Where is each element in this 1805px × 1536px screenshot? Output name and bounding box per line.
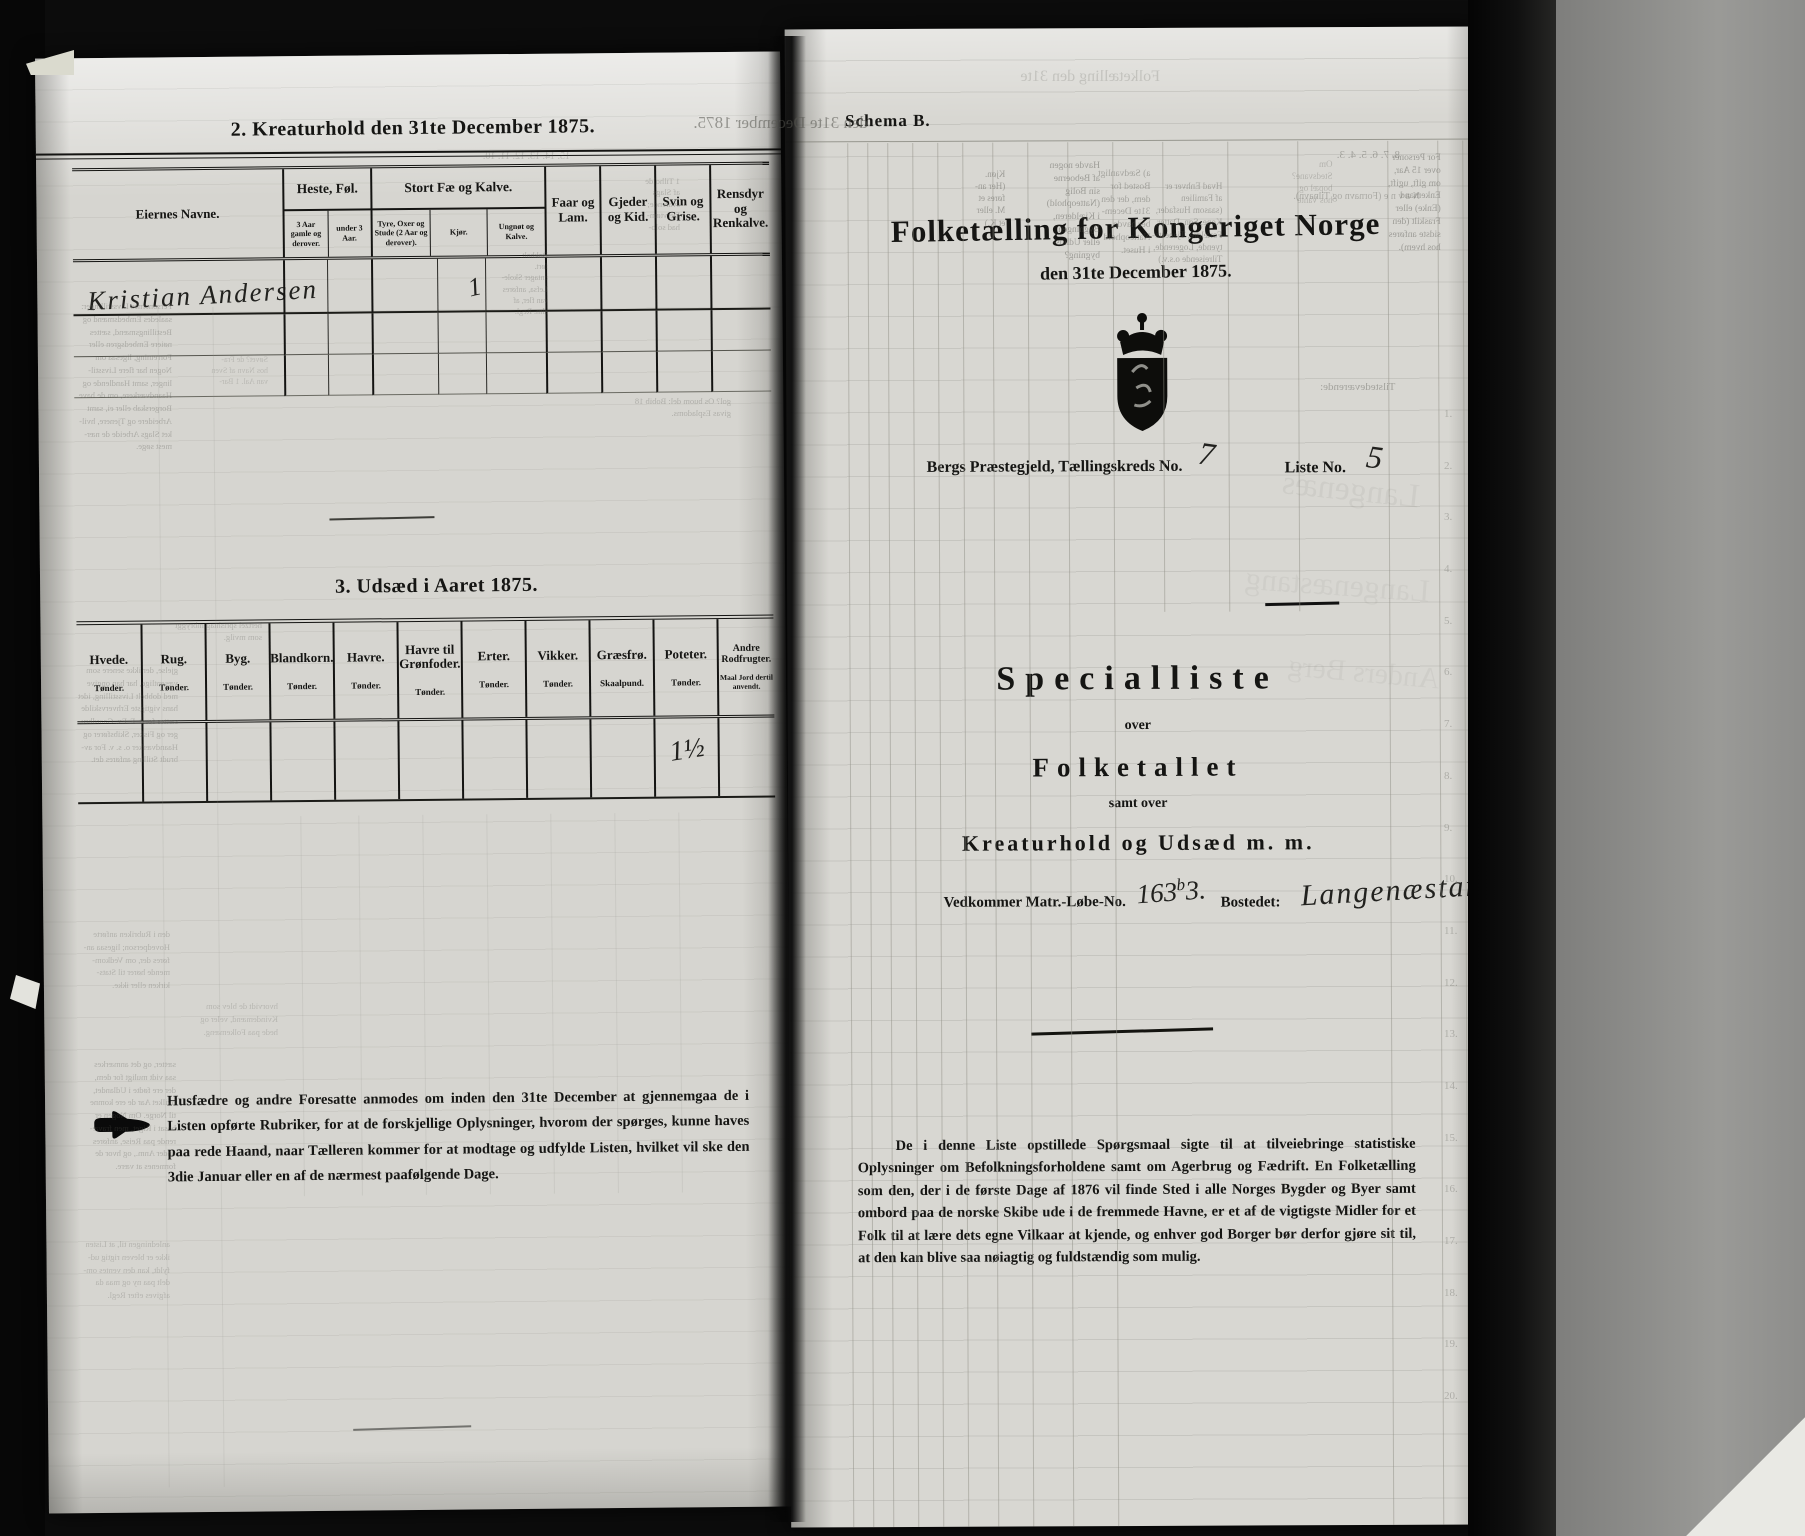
scanned-census-document: 2. Kreaturhold den 31te December 1875. E… — [0, 0, 1805, 1536]
value-cell — [710, 256, 771, 311]
col-gjeder-kid: Gjeder og Kid. — [599, 166, 655, 255]
col-rug: Rug.Tønder. — [140, 624, 205, 721]
subcol-label: Kjør. — [429, 209, 487, 256]
col-faar-lam: Faar og Lam. — [544, 166, 600, 255]
empty-cell — [600, 311, 655, 353]
subcolumns: Tyre, Oxer og Stude (2 Aar og derover). … — [373, 209, 545, 257]
col-poteter: Poteter.Tønder. — [652, 619, 717, 716]
speciallist-samt-over: samt over — [828, 795, 1448, 814]
empty-cell — [371, 313, 437, 355]
empty-cell — [656, 351, 711, 393]
district-printed-label: Bergs Præstegjeld, Tællingskreds No. — [927, 458, 1183, 477]
value-cell — [545, 257, 601, 312]
liste-printed-label: Liste No. — [1285, 459, 1346, 477]
empty-cell — [438, 353, 486, 394]
col-hvede: Hvede.Tønder. — [76, 625, 141, 722]
group-label: Heste, Føl. — [284, 168, 370, 211]
empty-cell — [74, 355, 284, 398]
empty-cell — [461, 720, 526, 799]
col-unit: Tønder. — [543, 679, 573, 689]
value-cell — [655, 256, 711, 311]
right-page: Schema B. Folketælling for Kongeriget No… — [785, 26, 1484, 1527]
kreaturhold-table-body: Kristian Andersen 1 — [73, 256, 771, 399]
subcolumns: 3 Aar gamle og derover. under 3 Aar. — [285, 210, 371, 257]
col-unit: Tønder. — [287, 681, 317, 691]
outer-gray-margin — [1556, 0, 1805, 1536]
col-unit: Tønder. — [94, 683, 124, 693]
empty-cell — [525, 719, 590, 798]
col-vikker: Vikker.Tønder. — [524, 620, 589, 717]
empty-cell — [372, 354, 438, 396]
empty-cell — [717, 718, 775, 797]
empty-cell — [397, 721, 462, 800]
empty-cell — [711, 351, 771, 393]
empty-cell — [74, 314, 284, 357]
paper-speck — [10, 975, 40, 1009]
empty-cell — [333, 721, 398, 800]
coat-of-arms-icon — [1094, 310, 1191, 450]
matr-no-main: 163 — [1135, 876, 1178, 909]
empty-cell — [655, 310, 710, 352]
col-unit: Tønder. — [351, 680, 381, 690]
value-cell — [283, 260, 328, 314]
speciallist-folketallet: Folketallet — [828, 751, 1448, 785]
footnote-paragraph: Husfædre og andre Foresatte anmodes om i… — [167, 1084, 750, 1191]
matr-no-tail: 3. — [1184, 874, 1206, 905]
col-havre-gronfoder: Havre til Grønfoder.Tønder. — [396, 622, 461, 719]
col-label: Vikker. — [537, 648, 578, 663]
udsaed-table-header: Hvede.Tønder. Rug.Tønder. Byg.Tønder. Bl… — [76, 615, 774, 725]
col-rensdyr: Rensdyr og Renkalve. — [709, 165, 770, 254]
ghost-grid-line — [157, 307, 169, 1487]
matr-no-printed-label: Vedkommer Matr.-Løbe-No. — [944, 894, 1126, 912]
col-label: Græsfrø. — [597, 648, 647, 663]
footer-divider-rule — [1031, 1027, 1213, 1035]
col-erter: Erter.Tønder. — [460, 621, 525, 718]
section-divider — [329, 516, 434, 520]
speciallist-title: Specialliste — [827, 659, 1447, 700]
empty-cell — [546, 352, 601, 394]
col-graesfro: Græsfrø.Skaalpund. — [588, 620, 653, 717]
colgroup-stort-fae: Stort Fæ og Kalve. Tyre, Oxer og Stude (… — [370, 167, 545, 257]
empty-cell — [205, 722, 270, 801]
heading-rule — [36, 148, 781, 159]
paper-corner-top-left — [26, 50, 74, 75]
schema-label: Schema B. — [845, 111, 931, 131]
col-unit: Tønder. — [479, 679, 509, 689]
handwritten-liste-no: 5 — [1364, 438, 1385, 477]
kreaturhold-table: Eiernes Navne. Heste, Føl. 3 Aar gamle o… — [72, 162, 771, 399]
col-unit: Tønder. — [415, 687, 445, 697]
col-label: Rug. — [161, 652, 188, 667]
value-cell — [600, 257, 656, 312]
udsaed-table: Hvede.Tønder. Rug.Tønder. Byg.Tønder. Bl… — [76, 615, 775, 805]
value-cell — [371, 259, 438, 314]
subcol-label: 3 Aar gamle og derover. — [285, 211, 328, 257]
colgroup-heste: Heste, Føl. 3 Aar gamle og derover. unde… — [282, 168, 371, 257]
subcol-label: under 3 Aar. — [327, 210, 371, 256]
empty-cell — [327, 313, 371, 354]
empty-cell — [545, 311, 600, 353]
document-subtitle: den 31te December 1875. — [826, 257, 1446, 288]
section2-heading: 2. Kreaturhold den 31te December 1875. — [231, 115, 596, 141]
owner-name-cell: Kristian Andersen — [73, 260, 284, 316]
value-cell — [327, 259, 372, 313]
paper-corner-wedge — [1660, 1404, 1805, 1536]
col-label: Erter. — [478, 649, 511, 664]
empty-cell — [589, 719, 654, 798]
empty-cell — [485, 312, 545, 354]
col-label: Blandkorn. — [270, 651, 333, 666]
empty-cell — [601, 352, 656, 394]
col-havre: Havre.Tønder. — [332, 622, 397, 719]
right-dark-band — [1468, 0, 1556, 1536]
handwritten-count: 1 — [465, 271, 484, 303]
handwritten-tellingskreds-no: 7 — [1196, 435, 1217, 474]
speciallist-kreaturhold: Kreaturhold og Udsæd m. m. — [828, 829, 1448, 858]
col-unit: Tønder. — [223, 682, 253, 692]
empty-cell — [141, 723, 206, 802]
group-label: Stort Fæ og Kalve. — [372, 167, 544, 211]
small-divider-rule — [1265, 601, 1339, 606]
pointing-hand-icon — [93, 1110, 153, 1145]
empty-cell — [283, 314, 327, 355]
col-label: Poteter. — [664, 647, 707, 662]
udsaed-table-body: 1½ — [77, 718, 775, 805]
col-label: Havre til Grønfoder. — [399, 642, 461, 671]
col-unit: Tønder. — [671, 677, 701, 687]
empty-cell — [328, 354, 372, 395]
value-cell — [485, 258, 546, 313]
ghost-grid-line — [212, 307, 224, 1487]
col-byg: Byg.Tønder. — [204, 623, 269, 720]
value-cell-poteter: 1½ — [653, 718, 718, 797]
empty-cell — [77, 724, 142, 803]
subcol-label: Ungnøt og Kalve. — [487, 209, 545, 256]
bostedet-printed-label: Bostedet: — [1221, 894, 1281, 911]
empty-cell — [486, 353, 546, 395]
col-svin-grise: Svin og Grise. — [654, 165, 710, 254]
col-unit: Tønder. — [159, 682, 189, 692]
ledger-top-rule — [785, 138, 1477, 142]
speciallist-over: over — [828, 717, 1448, 736]
value-cell-kjor: 1 — [437, 258, 486, 312]
col-eiernes-navne: Eiernes Navne. — [72, 169, 283, 259]
col-blandkorn: Blandkorn.Tønder. — [268, 623, 333, 720]
empty-cell — [710, 310, 770, 352]
document-title: Folketælling for Kongeriget Norge — [825, 205, 1446, 251]
col-label: Hvede. — [89, 653, 128, 668]
kreaturhold-table-header: Eiernes Navne. Heste, Føl. 3 Aar gamle o… — [72, 162, 770, 263]
col-label: Andre Rodfrugter. — [719, 642, 774, 665]
handwritten-matr-no: 163b3. — [1135, 873, 1206, 910]
col-label: Eiernes Navne. — [136, 206, 220, 222]
stray-mark — [353, 1425, 471, 1431]
col-unit: Skaalpund. — [600, 678, 644, 688]
page-fold-shadow — [768, 36, 808, 1522]
col-label: Byg. — [225, 651, 250, 666]
empty-cell — [284, 355, 328, 396]
empty-cell — [437, 312, 485, 353]
empty-cell — [269, 722, 334, 801]
col-andre-rodfrugter: Andre Rodfrugter.Maal Jord dertil anvend… — [716, 619, 774, 716]
section3-heading: 3. Udsæd i Aaret 1875. — [335, 574, 538, 599]
handwritten-poteter-value: 1½ — [668, 732, 707, 769]
col-label: Havre. — [347, 650, 385, 665]
left-page: 2. Kreaturhold den 31te December 1875. E… — [35, 51, 794, 1513]
subcol-label: Tyre, Oxer og Stude (2 Aar og derover). — [373, 210, 430, 257]
col-unit: Maal Jord dertil anvendt. — [719, 672, 774, 691]
